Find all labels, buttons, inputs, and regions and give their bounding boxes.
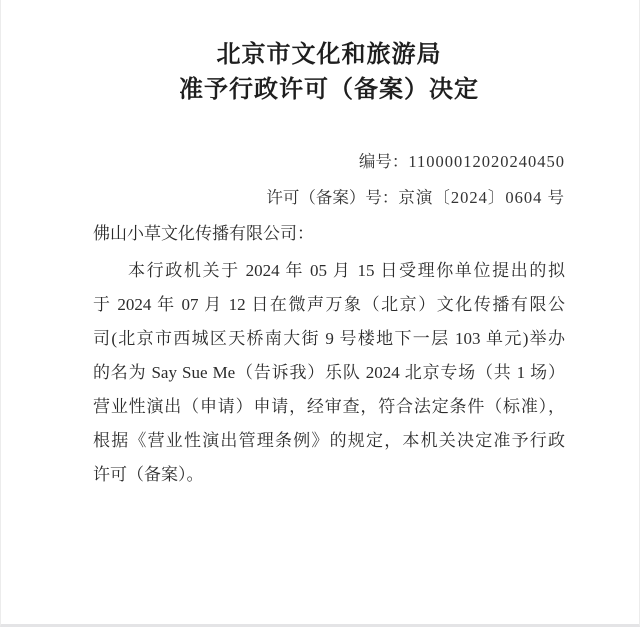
- body-line: 营业性演出（申请）申请，经审查，符合法定条件（标准），: [93, 390, 565, 424]
- license-number-value: 京演〔2024〕0604 号: [398, 188, 565, 207]
- license-number-line: 许可（备案）号：京演〔2024〕0604 号: [93, 180, 565, 216]
- title-line-decision: 准予行政许可（备案）决定: [93, 73, 565, 108]
- title-line-authority: 北京市文化和旅游局: [93, 38, 565, 73]
- serial-number-value: 11000012020240450: [408, 152, 565, 171]
- body-line: 司(北京市西城区天桥南大街 9 号楼地下一层 103 单元)举办: [93, 322, 565, 356]
- serial-number-block: 编号：11000012020240450 许可（备案）号：京演〔2024〕060…: [93, 144, 565, 216]
- license-number-label: 许可（备案）号：: [266, 188, 398, 207]
- document-title: 北京市文化和旅游局 准予行政许可（备案）决定: [93, 38, 565, 108]
- body-line: 的名为 Say Sue Me（告诉我）乐队 2024 北京专场（共 1 场）: [93, 356, 565, 390]
- serial-number-label: 编号：: [359, 152, 409, 171]
- serial-number-line: 编号：11000012020240450: [93, 144, 565, 180]
- addressee-line: 佛山小草文化传播有限公司：: [93, 216, 565, 252]
- body-line: 许可（备案）。: [93, 458, 565, 492]
- license-document-page: 北京市文化和旅游局 准予行政许可（备案）决定 编号：11000012020240…: [0, 0, 640, 627]
- body-line: 根据《营业性演出管理条例》的规定，本机关决定准予行政: [93, 424, 565, 458]
- body-line: 于 2024 年 07 月 12 日在微声万象（北京）文化传播有限公: [93, 288, 565, 322]
- decision-body-paragraph: 本行政机关于 2024 年 05 月 15 日受理你单位提出的拟 于 2024 …: [93, 254, 565, 492]
- document-content: 北京市文化和旅游局 准予行政许可（备案）决定 编号：11000012020240…: [1, 0, 639, 624]
- body-line: 本行政机关于 2024 年 05 月 15 日受理你单位提出的拟: [93, 254, 565, 288]
